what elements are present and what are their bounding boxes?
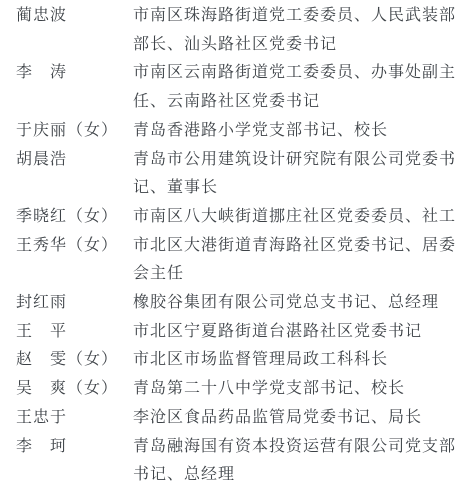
person-title: 市南区珠海路街道党工委委员、人民武装部部长、汕头路社区党委书记: [133, 2, 463, 59]
person-name: 封红雨: [16, 289, 133, 318]
roster-row: 王忠于 李沧区食品药品监管局党委书记、局长: [16, 404, 459, 433]
person-title: 市北区宁夏路街道台湛路社区党委书记: [133, 318, 463, 347]
person-title: 青岛市公用建筑设计研究院有限公司党委书记、董事长: [133, 146, 463, 203]
roster-row: 李 涛 市南区云南路街道党工委委员、办事处副主任、云南路社区党委书记: [16, 59, 459, 116]
person-name: 于庆丽（女）: [16, 117, 133, 146]
roster-row: 王秀华（女） 市北区大港街道青海路社区党委书记、居委会主任: [16, 232, 459, 289]
roster-row: 王 平 市北区宁夏路街道台湛路社区党委书记: [16, 318, 459, 347]
person-title: 市北区市场监督管理局政工科科长: [133, 346, 463, 375]
person-name: 胡晨浩: [16, 146, 133, 175]
roster-row: 季晓红（女） 市南区八大峡街道挪庄社区党委委员、社工: [16, 203, 459, 232]
person-title: 李沧区食品药品监管局党委书记、局长: [133, 404, 463, 433]
person-name: 蔺忠波: [16, 2, 133, 31]
roster-row: 赵 雯（女） 市北区市场监督管理局政工科科长: [16, 346, 459, 375]
person-title: 市南区八大峡街道挪庄社区党委委员、社工: [133, 203, 463, 232]
document-page: 蔺忠波 市南区珠海路街道党工委委员、人民武装部部长、汕头路社区党委书记 李 涛 …: [0, 0, 469, 489]
person-title: 青岛融海国有资本投资运营有限公司党支部书记、总经理: [133, 433, 463, 489]
person-name: 季晓红（女）: [16, 203, 133, 232]
roster-row: 李 珂 青岛融海国有资本投资运营有限公司党支部书记、总经理: [16, 433, 459, 489]
roster: 蔺忠波 市南区珠海路街道党工委委员、人民武装部部长、汕头路社区党委书记 李 涛 …: [16, 2, 459, 489]
person-name: 王忠于: [16, 404, 133, 433]
roster-row: 封红雨 橡胶谷集团有限公司党总支书记、总经理: [16, 289, 459, 318]
person-title: 市北区大港街道青海路社区党委书记、居委会主任: [133, 232, 463, 289]
roster-row: 胡晨浩 青岛市公用建筑设计研究院有限公司党委书记、董事长: [16, 146, 459, 203]
person-name: 赵 雯（女）: [16, 346, 133, 375]
person-title: 橡胶谷集团有限公司党总支书记、总经理: [133, 289, 463, 318]
person-title: 青岛第二十八中学党支部书记、校长: [133, 375, 463, 404]
person-name: 吴 爽（女）: [16, 375, 133, 404]
person-name: 王 平: [16, 318, 133, 347]
person-title: 市南区云南路街道党工委委员、办事处副主任、云南路社区党委书记: [133, 59, 463, 116]
person-name: 李 珂: [16, 433, 133, 462]
person-name: 李 涛: [16, 59, 133, 88]
roster-row: 吴 爽（女） 青岛第二十八中学党支部书记、校长: [16, 375, 459, 404]
roster-row: 蔺忠波 市南区珠海路街道党工委委员、人民武装部部长、汕头路社区党委书记: [16, 2, 459, 59]
person-name: 王秀华（女）: [16, 232, 133, 261]
person-title: 青岛香港路小学党支部书记、校长: [133, 117, 463, 146]
roster-row: 于庆丽（女） 青岛香港路小学党支部书记、校长: [16, 117, 459, 146]
